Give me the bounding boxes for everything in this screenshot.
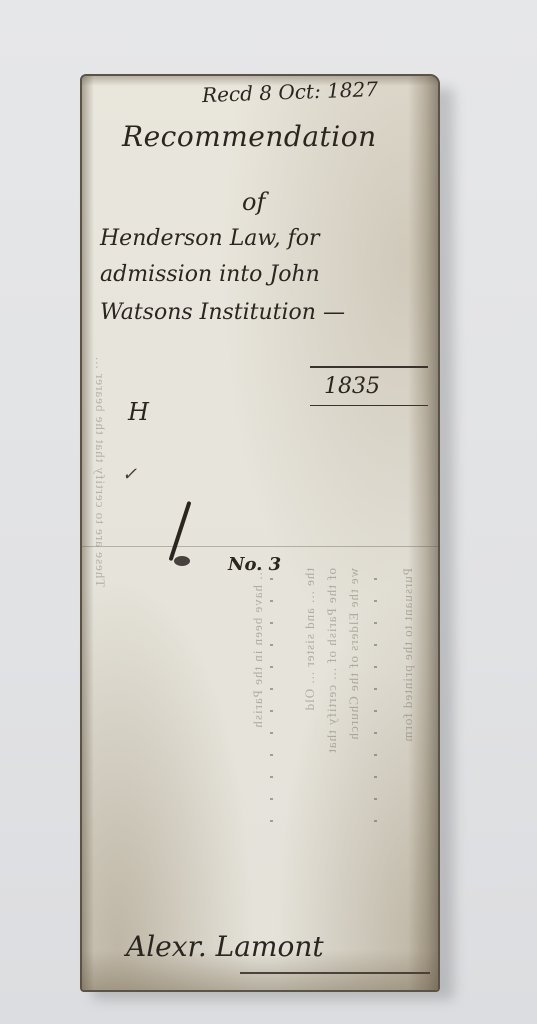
bleed-through-line: the ... and sister ... Old: [302, 568, 318, 711]
bleed-through-line: Pursuant to the printed form: [400, 568, 416, 743]
bleed-through-line: ... have been in the Parish: [250, 568, 266, 729]
body-line-3: Watsons Institution —: [100, 300, 345, 325]
fold-line: [82, 546, 438, 547]
document-title: Recommendation: [122, 120, 377, 153]
bleed-through-block: Pursuant to the printed form we the Elde…: [250, 568, 430, 848]
year-rule-bottom: [310, 405, 428, 407]
of-word: of: [242, 188, 265, 216]
right-edge-stain: [408, 76, 438, 990]
bleed-through-line: we the Elders of the Church: [346, 568, 362, 740]
bleed-through-left-text: These are to certify that the bearer ...: [92, 356, 108, 587]
endorsement-date: Recd 8 Oct: 1827: [202, 77, 379, 107]
ink-blot: [174, 556, 190, 566]
body-line-2: admission into John: [100, 262, 320, 287]
year-block: 1835: [310, 366, 434, 406]
initial-mark: H: [128, 398, 149, 426]
bleed-through-dots: [270, 578, 273, 838]
ink-stroke: [169, 501, 192, 561]
bleed-through-line: of the Parish of ... certify that: [324, 568, 340, 754]
signature: Alexr. Lamont: [126, 930, 324, 963]
bleed-through-dots: [374, 578, 377, 838]
check-mark: ✓: [122, 464, 137, 485]
year: 1835: [310, 368, 434, 405]
document-paper: Recd 8 Oct: 1827 Recommendation of Hende…: [80, 74, 440, 992]
body-line-1: Henderson Law, for: [100, 226, 320, 251]
signature-rule: [240, 972, 430, 974]
